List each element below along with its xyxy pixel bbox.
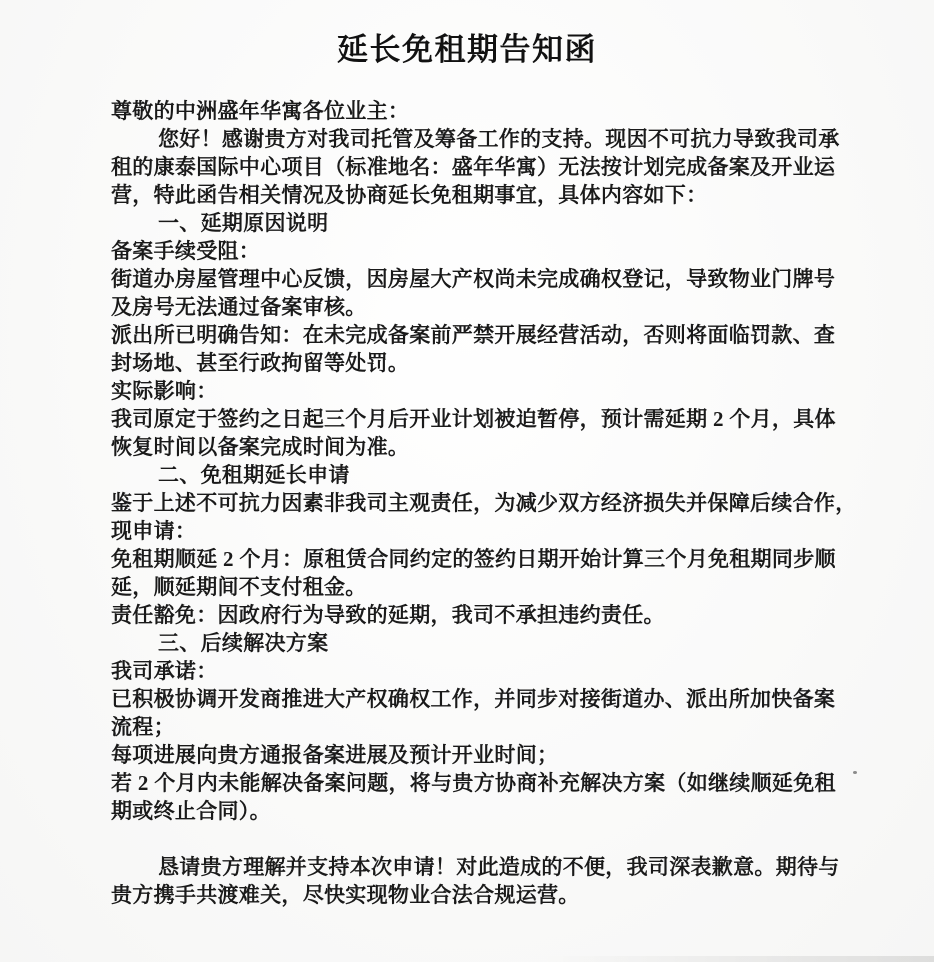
doc-line: 若 2 个月内未能解决备案问题，将与贵方协商补充解决方案（如继续顺延免租 <box>111 769 881 797</box>
doc-line: 恳请贵方理解并支持本次申请！对此造成的不便，我司深表歉意。期待与 <box>111 853 881 881</box>
doc-line: 封场地、甚至行政拘留等处罚。 <box>111 349 881 377</box>
scan-edge-shadow <box>540 956 934 962</box>
doc-line: 一、延期原因说明 <box>111 209 881 237</box>
document-page: 延长免租期告知函 尊敬的中洲盛年华寓各位业主： 您好！感谢贵方对我司托管及筹备工… <box>0 0 934 962</box>
doc-line: 贵方携手共渡难关，尽快实现物业合法合规运营。 <box>111 881 881 909</box>
doc-line: 我司承诺： <box>111 657 881 685</box>
doc-line: 派出所已明确告知：在未完成备案前严禁开展经营活动，否则将面临罚款、查 <box>111 321 881 349</box>
doc-line: 期或终止合同）。 <box>111 797 881 825</box>
doc-line: 流程； <box>111 713 881 741</box>
doc-line: 三、后续解决方案 <box>111 629 881 657</box>
doc-line: 免租期顺延 2 个月：原租赁合同约定的签约日期开始计算三个月免租期同步顺 <box>111 545 881 573</box>
doc-line: 现申请： <box>111 517 881 545</box>
doc-line: 租的康泰国际中心项目（标准地名：盛年华寓）无法按计划完成备案及开业运 <box>111 153 881 181</box>
doc-line: 延，顺延期间不支付租金。 <box>111 573 881 601</box>
doc-line: 我司原定于签约之日起三个月后开业计划被迫暂停，预计需延期 2 个月，具体 <box>111 405 881 433</box>
doc-line: 营，特此函告相关情况及协商延长免租期事宜，具体内容如下： <box>111 181 881 209</box>
doc-line: 责任豁免：因政府行为导致的延期，我司不承担违约责任。 <box>111 601 881 629</box>
doc-line: 尊敬的中洲盛年华寓各位业主： <box>111 97 881 125</box>
doc-line: 二、免租期延长申请 <box>111 461 881 489</box>
doc-line: 实际影响： <box>111 377 881 405</box>
scan-speck <box>853 771 857 774</box>
document-title: 延长免租期告知函 <box>0 24 934 69</box>
doc-blank-line <box>111 825 881 853</box>
doc-line: 恢复时间以备案完成时间为准。 <box>111 433 881 461</box>
doc-line: 街道办房屋管理中心反馈，因房屋大产权尚未完成确权登记，导致物业门牌号 <box>111 265 881 293</box>
document-body: 尊敬的中洲盛年华寓各位业主： 您好！感谢贵方对我司托管及筹备工作的支持。现因不可… <box>111 97 881 909</box>
doc-line: 鉴于上述不可抗力因素非我司主观责任，为减少双方经济损失并保障后续合作， <box>111 489 881 517</box>
doc-line: 您好！感谢贵方对我司托管及筹备工作的支持。现因不可抗力导致我司承 <box>111 125 881 153</box>
doc-line: 已积极协调开发商推进大产权确权工作，并同步对接街道办、派出所加快备案 <box>111 685 881 713</box>
doc-line: 备案手续受阻： <box>111 237 881 265</box>
doc-line: 每项进展向贵方通报备案进展及预计开业时间； <box>111 741 881 769</box>
doc-line: 及房号无法通过备案审核。 <box>111 293 881 321</box>
